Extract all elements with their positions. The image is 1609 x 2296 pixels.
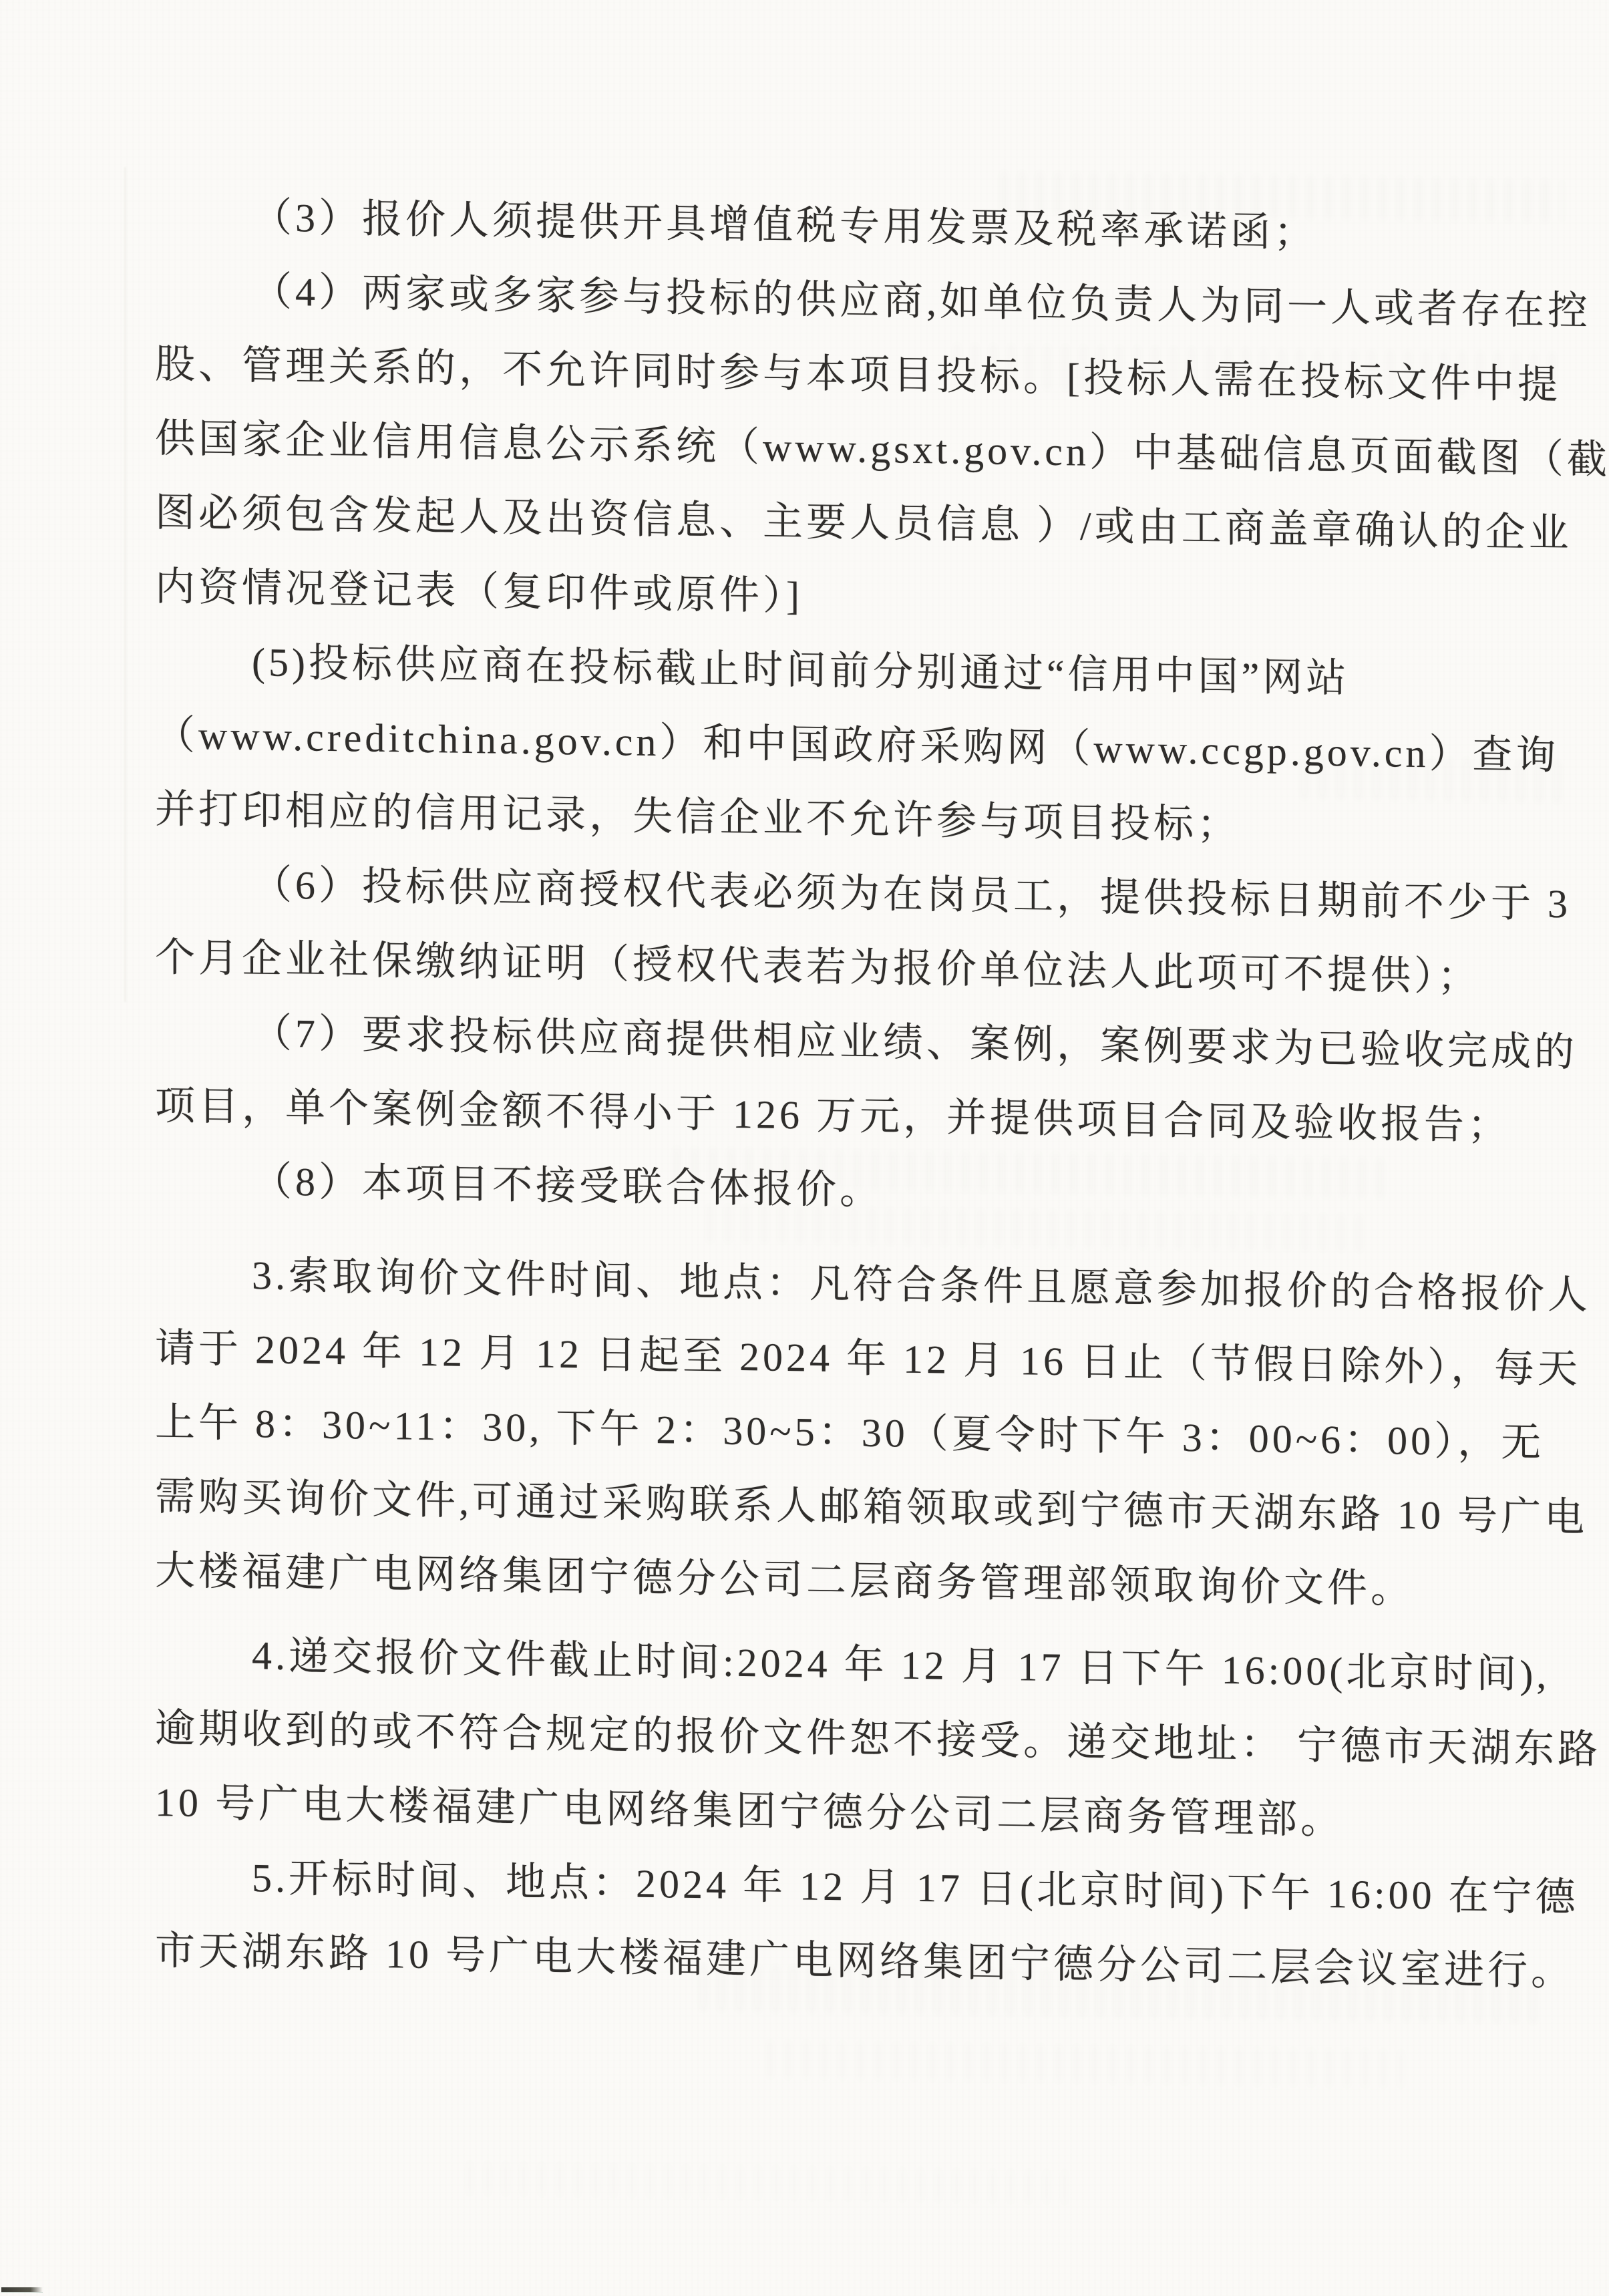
scan-corner-artifact — [1, 2287, 43, 2292]
notice-text-block: （3）报价人须提供开具增值税专用发票及税率承诺函；（4）两家或多家参与投标的供应… — [155, 179, 1564, 2009]
scanned-document-page: （3）报价人须提供开具增值税专用发票及税率承诺函；（4）两家或多家参与投标的供应… — [0, 0, 1609, 2296]
bleed-through-smudge — [468, 2160, 1069, 2205]
bleed-through-smudge — [768, 2039, 1403, 2089]
scanner-streak-artifact — [124, 167, 126, 1002]
